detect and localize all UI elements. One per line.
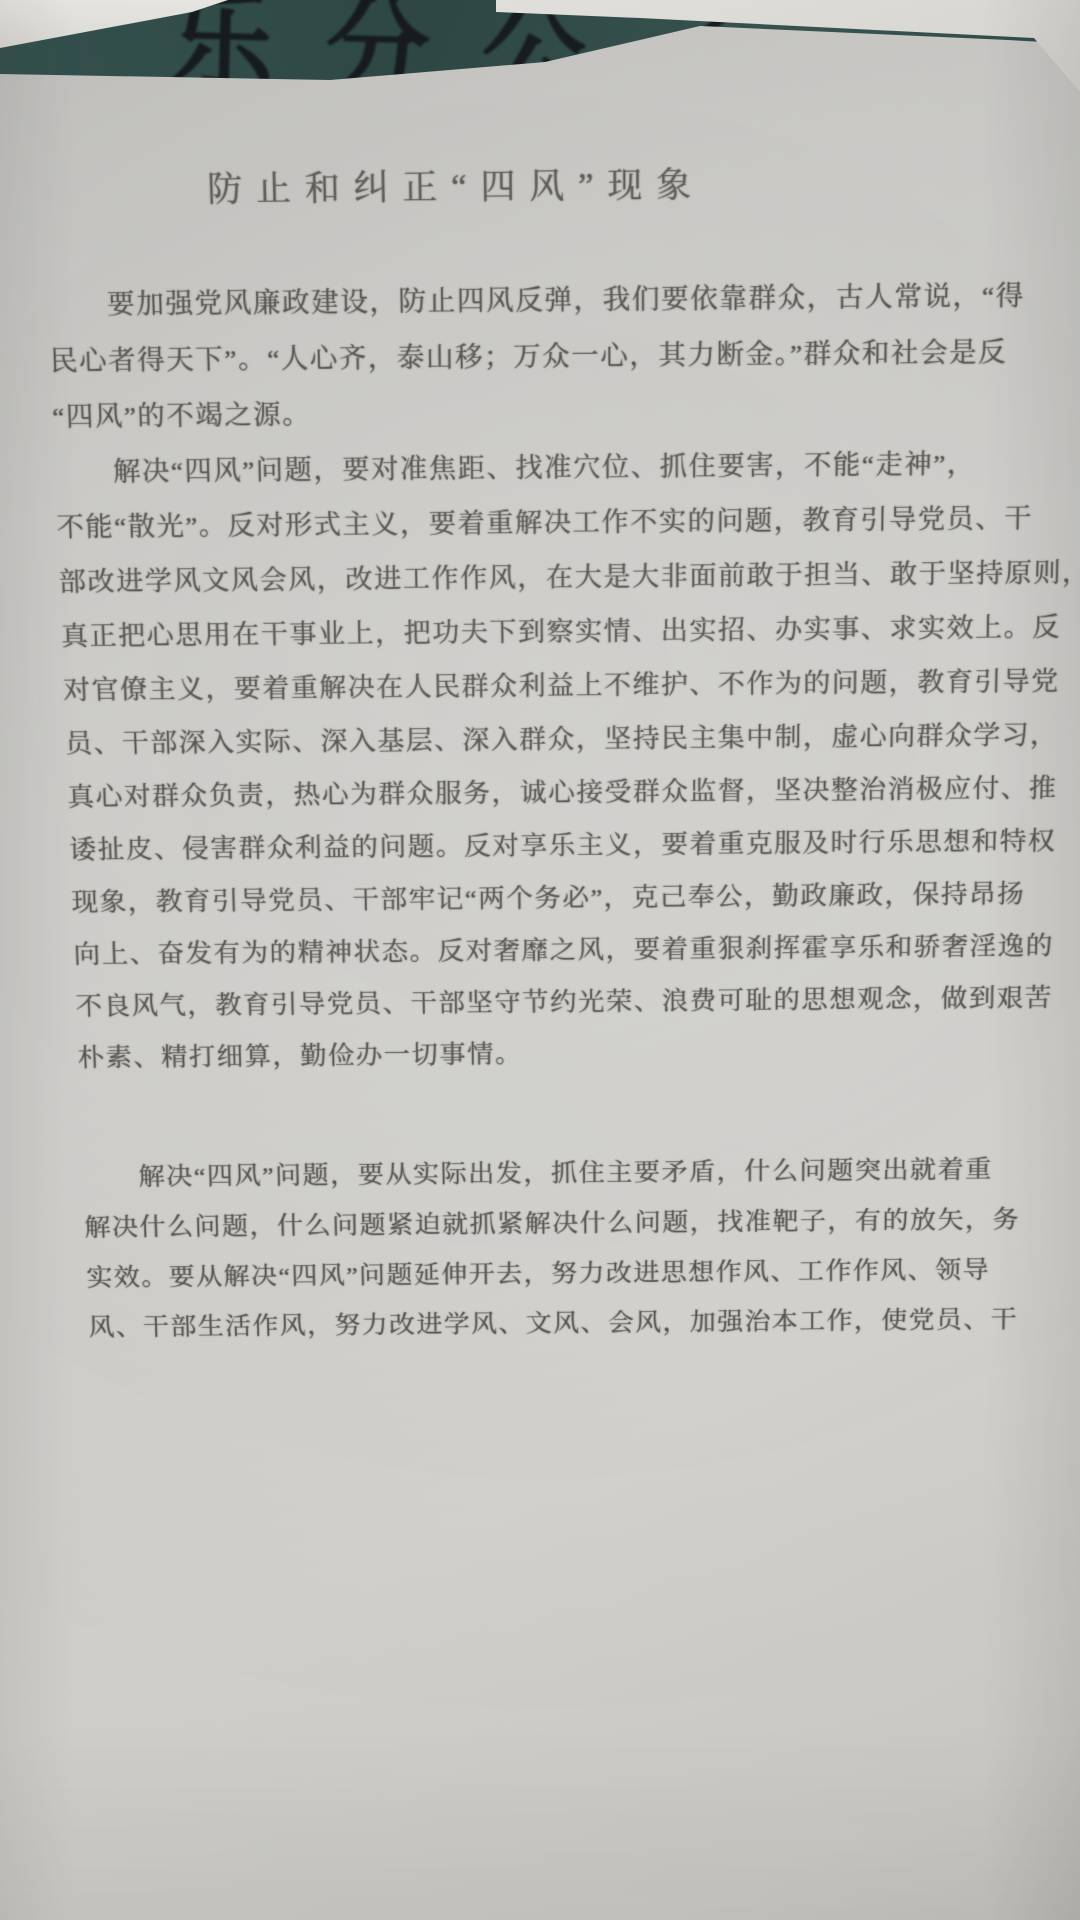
text-line: 向上、奋发有为的精神状态。反对奢靡之风，要着重狠刹挥霍享乐和骄奢淫逸的 (73, 921, 1024, 982)
paragraph-2: 解决“四风”问题，要对准焦距、找准穴位、抓住要害，不能“走神”， 不能“散光”。… (53, 437, 1033, 1085)
text-line: 诿扯皮、侵害群众利益的问题。反对享乐主义，要着重克服及时行乐思想和特权 (68, 816, 1025, 877)
text-line: 员、干部深入实际、深入基层、深入群众，坚持民主集中制，虚心向群众学习， (64, 710, 1027, 772)
text-line: 解决什么问题，什么问题紧迫就抓紧解决什么问题，找准靶子，有的放矢，务 (84, 1196, 1018, 1255)
document-title: 防止和纠正“四风”现象 (42, 155, 1039, 214)
text-line: 风、干部生活作风，努力改进学风、文风、会风，加强治本工作，使党员、干 (88, 1296, 1016, 1354)
text-line: 真心对群众负责，热心为群众服务，诚心接受群众监督，坚决整治消极应付、推 (66, 763, 1026, 825)
text-line: 现象，教育引导党员、干部牢记“两个务必”，克己奉公，勤政廉政，保持昂扬 (71, 869, 1025, 930)
paragraph-1: 要加强党风廉政建设，防止四风反弹，我们要依靠群众，古人常说，“得 民心者得天下”… (47, 269, 1037, 446)
document-page: 防止和纠正“四风”现象 要加强党风廉政建设，防止四风反弹，我们要依靠群众，古人常… (40, 103, 1040, 1353)
document-photo: 乐分公了 防止和纠正“四风”现象 要加强党风廉政建设，防止四风反弹，我们要依靠群… (0, 0, 1080, 1920)
paragraph-3: 解决“四风”问题，要从实际出发，抓住主要矛盾，什么问题突出就着重 解决什么问题，… (82, 1145, 1019, 1354)
text-line: 不良风气，教育引导党员、干部坚守节约光荣、浪费可耻的思想观念，做到艰苦 (75, 973, 1023, 1033)
text-line: 实效。要从解决“四风”问题延伸开去，努力改进思想作风、工作作风、领导 (86, 1246, 1017, 1304)
text-line: 解决“四风”问题，要从实际出发，抓住主要矛盾，什么问题突出就着重 (82, 1145, 1019, 1204)
text-line: 要加强党风廉政建设，防止四风反弹，我们要依靠群众，古人常说，“得 (47, 269, 1037, 335)
text-line: 部改进学风文风会风，改进工作作风，在大是大非面前敢于担当、敢于坚持原则， (58, 547, 1031, 611)
text-line: 对官僚主义，要着重解决在人民群众利益上不维护、不作为的问题，教育引导党 (62, 656, 1029, 719)
photo-of-document: { "colors": { "folder": "#2f4b47", "pape… (0, 0, 1080, 1920)
text-line: “四风”的不竭之源。 (51, 381, 1034, 446)
text-line: 民心者得天下”。“人心齐，泰山移；万众一心，其力断金。”群众和社会是反 (49, 325, 1036, 390)
text-line: 解决“四风”问题，要对准焦距、找准穴位、抓住要害，不能“走神”， (53, 437, 1033, 501)
text-line: 真正把心思用在干事业上，把功夫下到察实情、出实招、办实事、求实效上。反 (60, 602, 1030, 665)
text-line: 不能“散光”。反对形式主义，要着重解决工作不实的问题，教育引导党员、干 (56, 492, 1033, 556)
text-line: 朴素、精打细算，勤俭办一切事情。 (77, 1025, 1022, 1085)
